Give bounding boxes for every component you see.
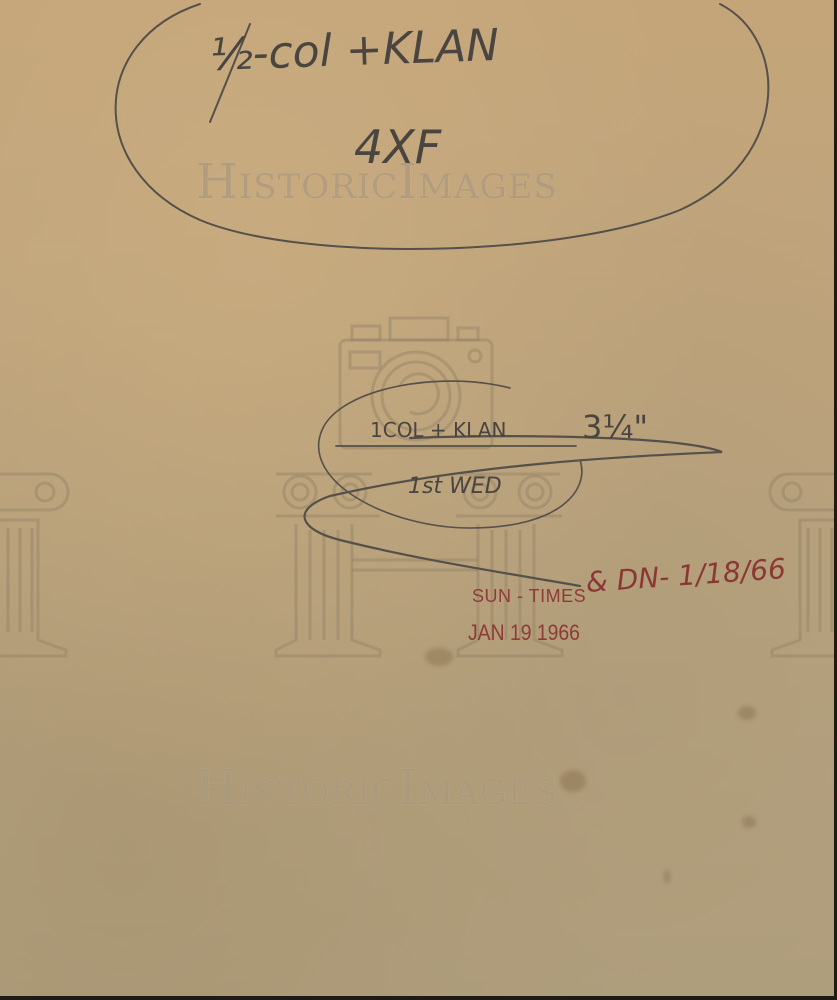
middle-note-line2: 1st WED <box>408 474 502 499</box>
top-note-text: -col +KLAN <box>252 20 500 80</box>
fraction-text: ½ <box>209 29 253 81</box>
middle-note-size: 3¼" <box>582 408 648 446</box>
middle-note-line1: 1COL + KLAN <box>370 418 506 442</box>
photo-back-sheet: HistoricImages HistoricImages ½-col +KLA… <box>0 0 834 996</box>
stamp-date: JAN 19 1966 <box>468 620 580 646</box>
stamp-publication: SUN - TIMES <box>472 586 586 607</box>
top-note-line1: ½-col +KLAN <box>209 20 500 81</box>
top-note-line2: 4XF <box>354 120 441 174</box>
